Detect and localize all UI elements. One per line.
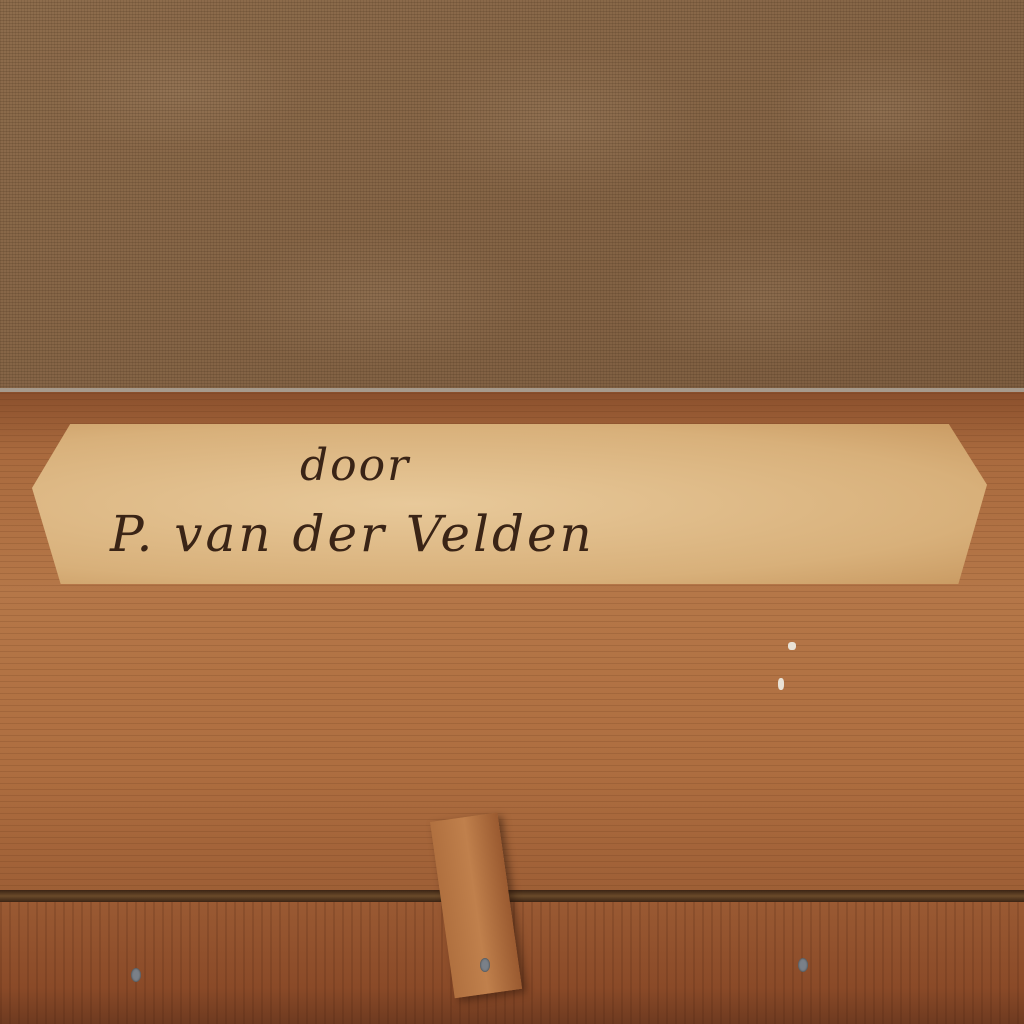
- frame-gap: [0, 890, 1024, 902]
- paint-fleck: [778, 678, 784, 690]
- nail-head-icon: [131, 968, 141, 982]
- nail-head-icon: [480, 958, 490, 972]
- nail-head-icon: [798, 958, 808, 972]
- label-text-door: door: [300, 440, 410, 491]
- paint-fleck: [788, 642, 796, 650]
- canvas-back: [0, 0, 1024, 390]
- label-text-artist: P. van der Velden: [110, 505, 595, 563]
